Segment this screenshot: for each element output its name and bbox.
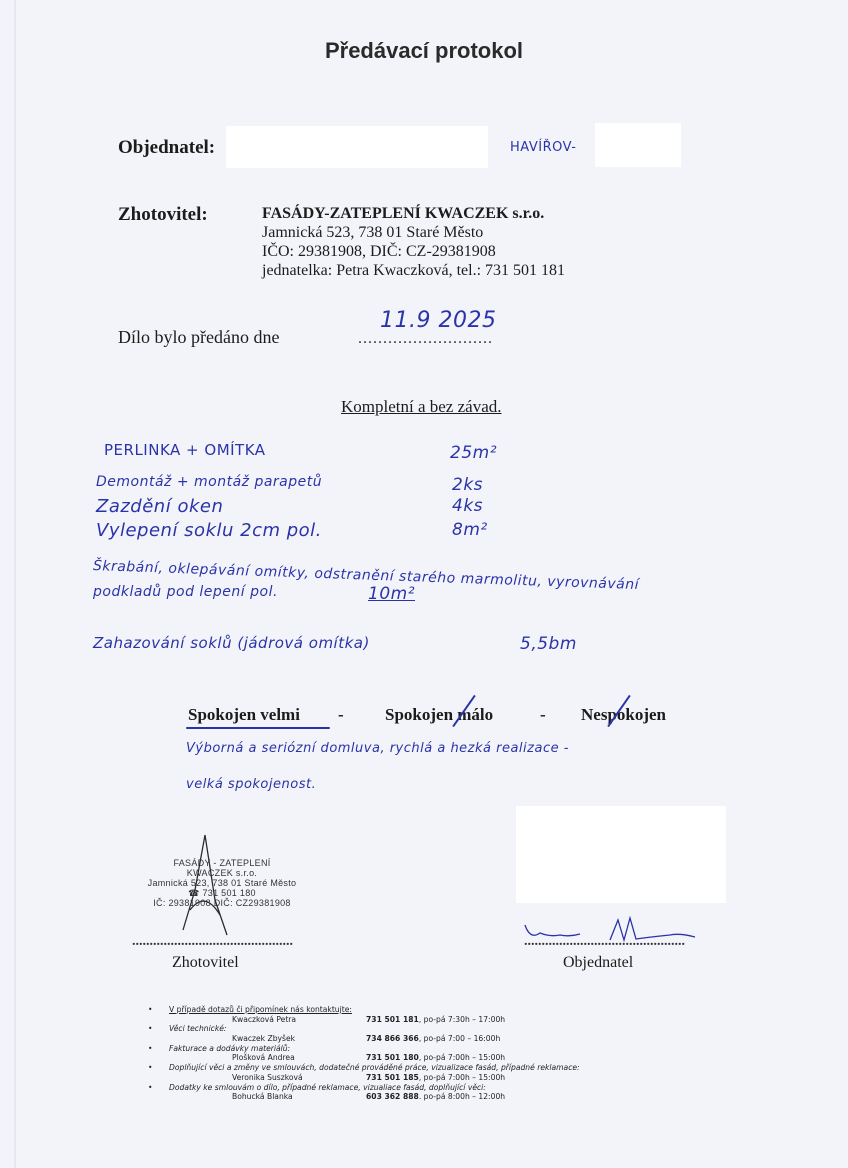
contractor-address: Jamnická 523, 738 01 Staré Město	[262, 223, 565, 242]
contact-heading: V případě dotazů či připomínek nás konta…	[169, 1005, 352, 1015]
contractor-signature	[165, 830, 245, 940]
contractor-details: FASÁDY-ZATEPLENÍ KWACZEK s.r.o. Jamnická…	[262, 204, 565, 280]
contact-heading-row: •Věci technické:	[148, 1024, 568, 1034]
footer-contacts: •V případě dotazů či připomínek nás kont…	[148, 1005, 568, 1102]
contact-phone-number[interactable]: 734 866 366	[366, 1034, 419, 1043]
contact-hours: , po-pá 7:00h – 15:00h	[419, 1073, 505, 1082]
satisfaction-comment-line2: velká spokojenost.	[186, 777, 316, 792]
customer-name-redaction	[226, 126, 488, 168]
customer-signature-line: ........................................…	[524, 934, 685, 950]
customer-city-handwritten: HAVÍŘOV-	[510, 140, 576, 155]
contact-heading-row: •Dodatky ke smlouvám o dílo, případné re…	[148, 1083, 568, 1093]
work-item-quantity: 25m²	[450, 443, 497, 463]
contact-phone[interactable]: 731 501 181, po-pá 7:30h – 17:00h	[366, 1015, 505, 1025]
contractor-ids: IČO: 29381908, DIČ: CZ-29381908	[262, 242, 565, 261]
bullet-icon: •	[148, 1024, 152, 1034]
customer-address-redaction	[595, 123, 681, 167]
bullet-icon: •	[148, 1063, 152, 1073]
contractor-company: FASÁDY-ZATEPLENÍ KWACZEK s.r.o.	[262, 204, 565, 223]
contact-heading-row: •V případě dotazů či připomínek nás kont…	[148, 1005, 568, 1015]
handover-date-handwritten: 11.9 2025	[380, 308, 496, 333]
contact-person: Bohucká Blanka	[232, 1092, 293, 1102]
contact-heading: Doplňující věci a změny ve smlouvách, do…	[169, 1063, 580, 1073]
satisfaction-option-not: Nespokojen	[581, 705, 666, 725]
contact-phone[interactable]: 603 362 888. po-pá 8:00h – 12:00h	[366, 1092, 505, 1102]
work-item-quantity: 8m²	[452, 520, 488, 540]
work-item-description: PERLINKA + OMÍTKA	[104, 441, 266, 459]
work-item-quantity: 10m²	[368, 584, 415, 604]
satisfaction-comment-line1: Výborná a seriózní domluva, rychlá a hez…	[186, 741, 569, 756]
contact-phone-number[interactable]: 731 501 185	[366, 1073, 419, 1082]
work-item-description: Zahazování soklů (jádrová omítka)	[93, 634, 370, 652]
contact-heading: Věci technické:	[169, 1024, 226, 1034]
contact-row: Kwaczek Zbyšek734 866 366, po-pá 7:00 – …	[148, 1034, 568, 1044]
contact-heading: Dodatky ke smlouvám o dílo, případné rek…	[169, 1083, 486, 1093]
customer-label: Objednatel:	[118, 137, 215, 159]
contact-row: Veronika Suszková731 501 185, po-pá 7:00…	[148, 1073, 568, 1083]
bullet-icon: •	[148, 1005, 152, 1015]
contact-phone-number[interactable]: 731 501 180	[366, 1053, 419, 1062]
selected-option-underline	[186, 727, 330, 729]
contractor-signature-label: Zhotovitel	[172, 954, 239, 972]
work-item-description: podkladů pod lepení pol.	[93, 584, 278, 600]
contact-person: Veronika Suszková	[232, 1073, 303, 1083]
contact-phone[interactable]: 731 501 180, po-pá 7:00h – 15:00h	[366, 1053, 505, 1063]
scan-page-edge	[14, 0, 16, 1168]
bullet-icon: •	[148, 1083, 152, 1093]
contact-hours: , po-pá 7:30h – 17:00h	[419, 1015, 505, 1024]
work-item-description: Zazdění oken	[96, 496, 223, 517]
customer-signature-label: Objednatel	[563, 954, 633, 972]
contact-hours: , po-pá 7:00h – 15:00h	[419, 1053, 505, 1062]
work-item-quantity: 4ks	[452, 496, 483, 516]
satisfaction-option-very: Spokojen velmi	[188, 705, 300, 725]
document-title: Předávací protokol	[0, 38, 848, 64]
contact-phone-number[interactable]: 603 362 888	[366, 1092, 419, 1101]
handover-label: Dílo bylo předáno dne	[118, 327, 279, 348]
work-item-description: Demontáž + montáž parapetů	[96, 474, 322, 490]
work-item-quantity: 5,5bm	[520, 634, 577, 654]
contact-phone[interactable]: 734 866 366, po-pá 7:00 – 16:00h	[366, 1034, 500, 1044]
contact-phone-number[interactable]: 731 501 181	[366, 1015, 419, 1024]
work-item-description: Vylepení soklu 2cm pol.	[96, 520, 322, 541]
contractor-manager: jednatelka: Petra Kwaczková, tel.: 731 5…	[262, 261, 565, 280]
contact-person: Kwaczek Zbyšek	[232, 1034, 295, 1044]
contact-row: Kwaczková Petra731 501 181, po-pá 7:30h …	[148, 1015, 568, 1025]
contact-person: Kwaczková Petra	[232, 1015, 296, 1025]
contact-row: Plošková Andrea731 501 180, po-pá 7:00h …	[148, 1053, 568, 1063]
satisfaction-separator: -	[540, 705, 546, 725]
contact-heading-row: •Doplňující věci a změny ve smlouvách, d…	[148, 1063, 568, 1073]
satisfaction-separator: -	[338, 705, 344, 725]
contact-heading-row: •Fakturace a dodávky materiálů:	[148, 1044, 568, 1054]
contact-hours: . po-pá 8:00h – 12:00h	[419, 1092, 505, 1101]
condition-statement: Kompletní a bez závad.	[341, 397, 502, 417]
contractor-signature-line: ........................................…	[132, 934, 293, 950]
customer-stamp-redaction	[516, 806, 726, 903]
contact-person: Plošková Andrea	[232, 1053, 295, 1063]
work-item-quantity: 2ks	[452, 475, 483, 495]
contractor-label: Zhotovitel:	[118, 204, 208, 226]
contact-row: Bohucká Blanka603 362 888. po-pá 8:00h –…	[148, 1092, 568, 1102]
contact-phone[interactable]: 731 501 185, po-pá 7:00h – 15:00h	[366, 1073, 505, 1083]
contact-heading: Fakturace a dodávky materiálů:	[169, 1044, 290, 1054]
satisfaction-option-little: Spokojen málo	[385, 705, 493, 725]
bullet-icon: •	[148, 1044, 152, 1054]
contact-hours: , po-pá 7:00 – 16:00h	[419, 1034, 500, 1043]
